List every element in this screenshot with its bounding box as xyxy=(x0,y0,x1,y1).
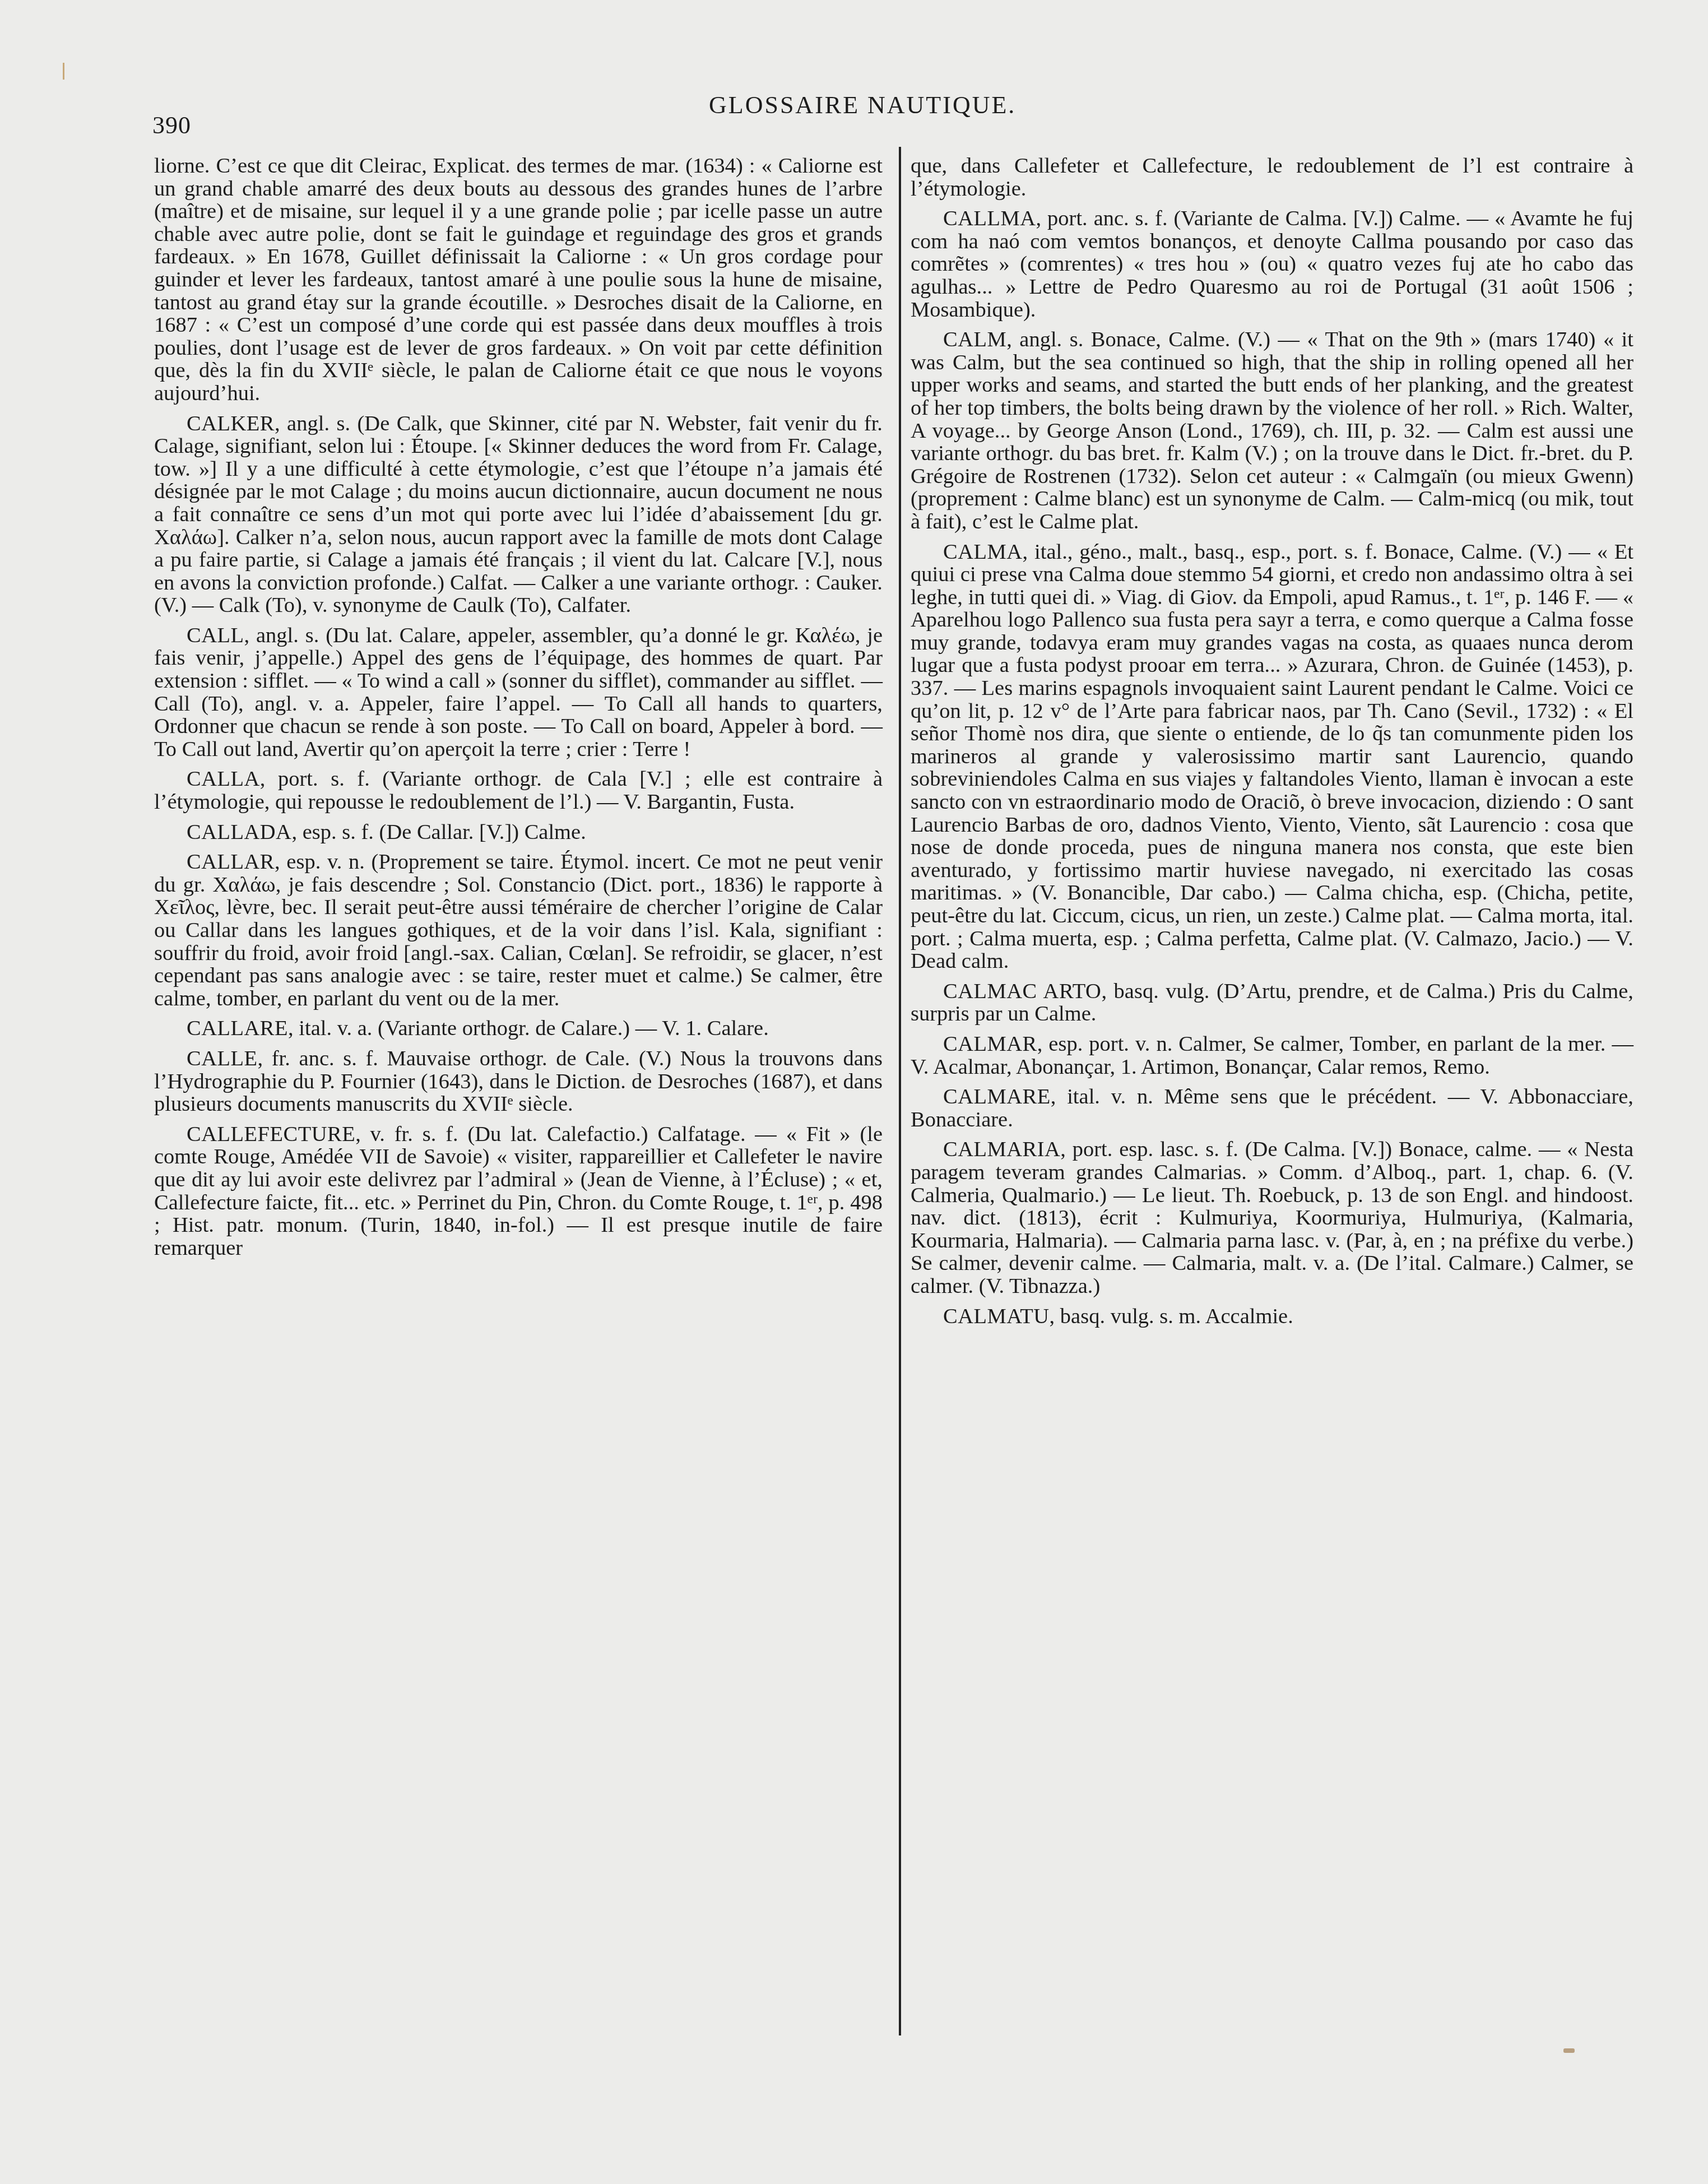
entry-headword: CALMAR xyxy=(943,1032,1037,1056)
entry-text: , ital. v. a. (Variante orthogr. de Cala… xyxy=(288,1017,769,1040)
entry-text: , port. esp. lasc. s. f. (De Calma. [V.]… xyxy=(911,1138,1633,1298)
entry-headword: CALMARE xyxy=(943,1085,1051,1109)
entry-headword: CALMA xyxy=(943,540,1023,564)
glossary-entry: CALMARIA, port. esp. lasc. s. f. (De Cal… xyxy=(911,1138,1633,1297)
glossary-entry: CALLA, port. s. f. (Variante orthogr. de… xyxy=(154,768,883,813)
entry-headword: CALLEFECTURE xyxy=(187,1123,355,1146)
right-column: que, dans Callefeter et Callefecture, le… xyxy=(911,155,1633,1335)
entry-text: , basq. vulg. s. m. Accalmie. xyxy=(1050,1305,1293,1328)
glossary-entry: CALLAR, esp. v. n. (Proprement se taire.… xyxy=(154,851,883,1010)
glossary-entry: CALL, angl. s. (Du lat. Calare, appeler,… xyxy=(154,624,883,761)
glossary-entry: liorne. C’est ce que dit Cleirac, Explic… xyxy=(154,155,883,405)
entry-headword: CALLA xyxy=(187,767,260,791)
glossary-entry: CALMARE, ital. v. n. Même sens que le pr… xyxy=(911,1086,1633,1131)
entry-text: , angl. s. Bonace, Calme. (V.) — « That … xyxy=(911,328,1633,534)
entry-text: , port. s. f. (Variante orthogr. de Cala… xyxy=(154,767,883,814)
entry-headword: CALMARIA xyxy=(943,1138,1060,1161)
entry-headword: CALLE xyxy=(187,1047,258,1070)
entry-text: , esp. s. f. (De Callar. [V.]) Calme. xyxy=(291,820,586,844)
entry-text: que, dans Callefeter et Callefecture, le… xyxy=(911,154,1633,201)
entry-text: , fr. anc. s. f. Mauvaise orthogr. de Ca… xyxy=(154,1047,883,1116)
glossary-entry: CALMAC ARTO, basq. vulg. (D’Artu, prendr… xyxy=(911,980,1633,1026)
column-divider xyxy=(899,147,901,2035)
entry-headword: CALLAR xyxy=(187,850,275,874)
entry-headword: CALMATU xyxy=(943,1305,1050,1328)
entry-text: , angl. s. (Du lat. Calare, appeler, ass… xyxy=(154,624,883,761)
page-number: 390 xyxy=(152,111,191,140)
glossary-entry: CALMA, ital., géno., malt., basq., esp.,… xyxy=(911,541,1633,973)
entry-headword: CALLADA xyxy=(187,820,291,844)
entry-headword: CALLARE xyxy=(187,1017,288,1040)
entry-headword: CALKER xyxy=(187,412,275,435)
running-head: GLOSSAIRE NAUTIQUE. xyxy=(709,91,1016,119)
glossary-entry: CALM, angl. s. Bonace, Calme. (V.) — « T… xyxy=(911,328,1633,533)
entry-text: liorne. C’est ce que dit Cleirac, Explic… xyxy=(154,154,883,405)
glossary-entry: que, dans Callefeter et Callefecture, le… xyxy=(911,155,1633,200)
glossary-entry: CALLE, fr. anc. s. f. Mauvaise orthogr. … xyxy=(154,1047,883,1116)
glossary-entry: CALMATU, basq. vulg. s. m. Accalmie. xyxy=(911,1305,1633,1328)
glossary-entry: CALLEFECTURE, v. fr. s. f. (Du lat. Cale… xyxy=(154,1123,883,1260)
left-column: liorne. C’est ce que dit Cleirac, Explic… xyxy=(154,155,883,1267)
entry-headword: CALLMA xyxy=(943,207,1036,230)
entry-text: , esp. v. n. (Proprement se taire. Étymo… xyxy=(154,850,883,1010)
entry-headword: CALMAC ARTO xyxy=(943,980,1101,1003)
glossary-entry: CALKER, angl. s. (De Calk, que Skinner, … xyxy=(154,412,883,617)
glossary-entry: CALMAR, esp. port. v. n. Calmer, Se calm… xyxy=(911,1033,1633,1078)
scan-edge-mark xyxy=(63,63,64,80)
glossary-entry: CALLADA, esp. s. f. (De Callar. [V.]) Ca… xyxy=(154,821,883,844)
entry-headword: CALM xyxy=(943,328,1006,351)
entry-headword: CALL xyxy=(187,624,244,647)
glossary-entry: CALLMA, port. anc. s. f. (Variante de Ca… xyxy=(911,207,1633,321)
ink-speck xyxy=(1563,2048,1575,2053)
entry-text: , ital., géno., malt., basq., esp., port… xyxy=(911,540,1633,973)
glossary-entry: CALLARE, ital. v. a. (Variante orthogr. … xyxy=(154,1017,883,1040)
entry-text: , angl. s. (De Calk, que Skinner, cité p… xyxy=(154,412,883,618)
